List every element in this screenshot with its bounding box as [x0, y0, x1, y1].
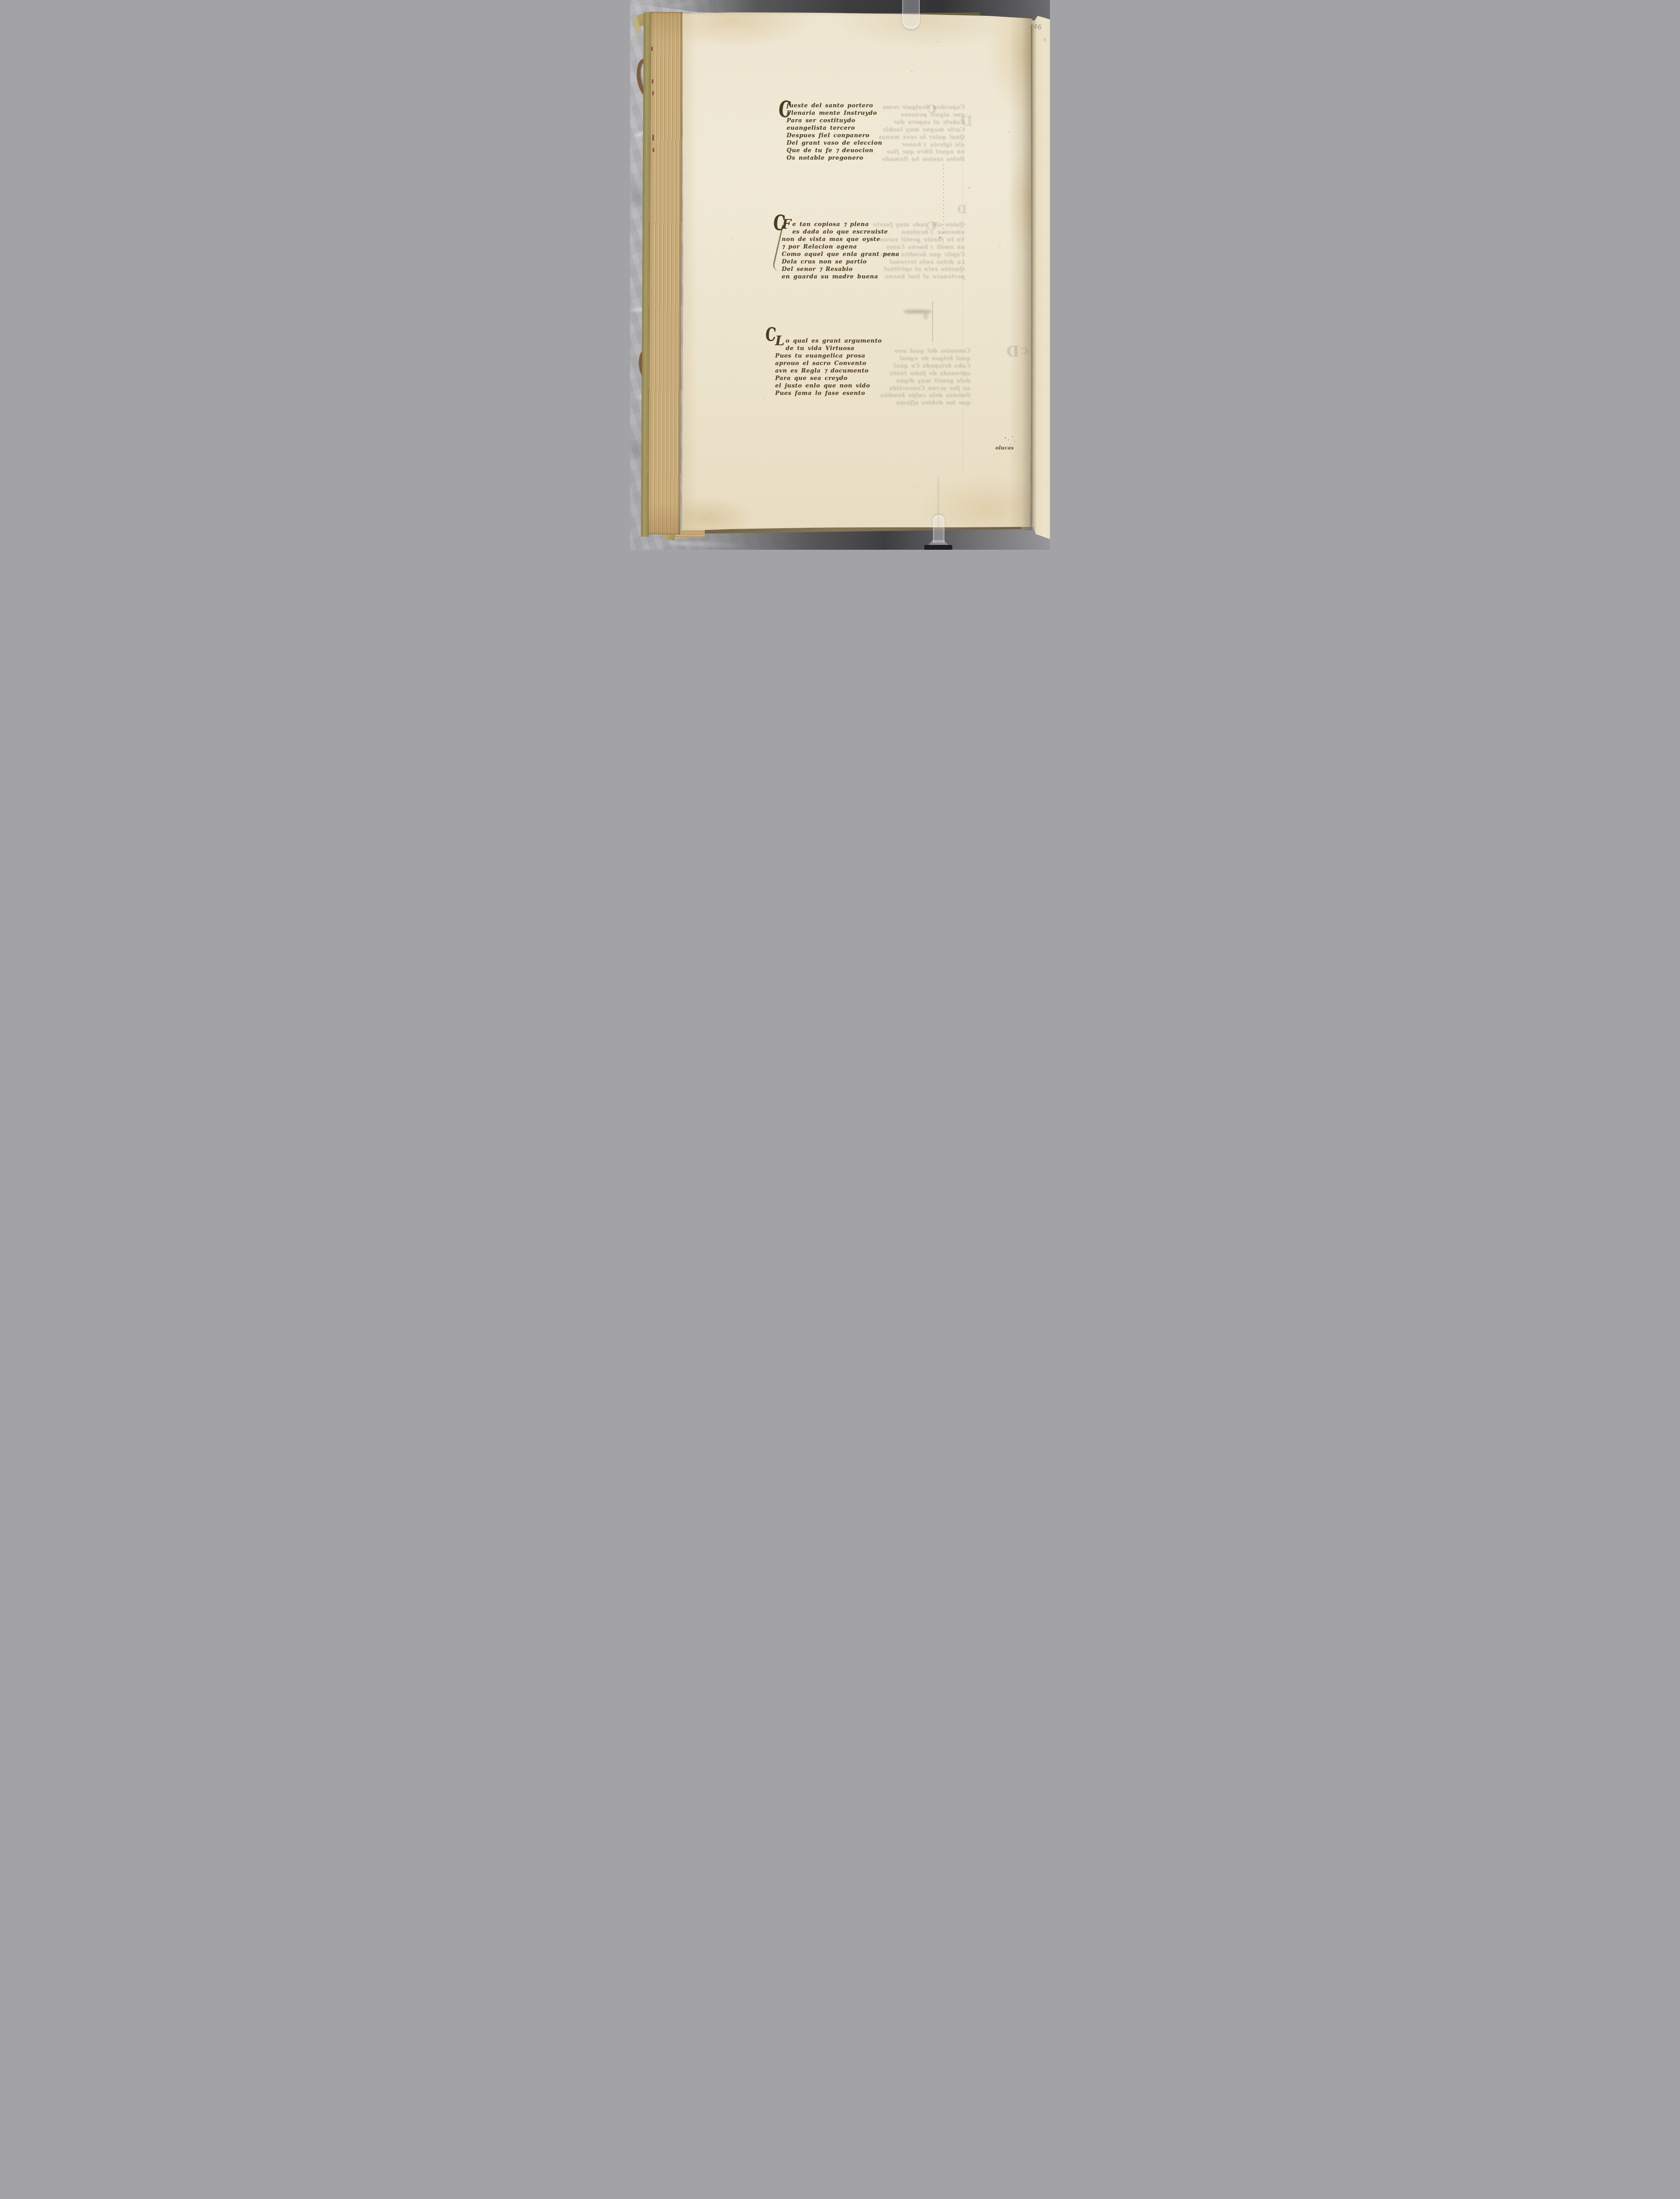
verse-line: de tu vida Virtuosa [775, 345, 882, 352]
showthrough-mark: D [961, 113, 973, 129]
dirt-speckle [1005, 437, 1006, 438]
fore-edge-ink-fleck [651, 47, 653, 51]
showthrough-block-3: Canonisa del qual uno qual brigan de egu… [884, 347, 970, 407]
fold-line [962, 132, 963, 475]
verse-line: es dada alo que escreuiste [782, 228, 900, 236]
verse-line: Para ser costituydo [787, 117, 882, 124]
showthrough-block-1: Cuperdon dealguir remo que alguir pensoe… [879, 104, 965, 163]
pencil-foliation: 46 [1033, 22, 1042, 32]
film-clip-bottom-base [924, 545, 952, 550]
offset-smudge [904, 310, 932, 314]
showthrough-line: Cabo brispado Co qual [884, 362, 970, 370]
film-clip-bottom [933, 515, 944, 543]
verse-line: Pues fama lo fase esento [775, 390, 882, 397]
verse-line: Del grant vaso de eleccion [787, 139, 882, 147]
verse-line: non de vista mas que oyste [782, 236, 900, 243]
paper-speck [914, 486, 915, 487]
verse-line: Que de tu fe ⁊ deuocion [787, 147, 882, 154]
fore-edge-ink-fleck [652, 91, 654, 95]
paper-speck [709, 513, 711, 514]
film-clip-top [902, 0, 920, 29]
showthrough-line: Carle magne muy loable [879, 126, 965, 134]
fore-edge-ink-fleck [652, 148, 654, 152]
verse-line: Fe tan copiosa ⁊ plena [782, 221, 900, 228]
verse-line: aprouo el sacro Convento [775, 360, 882, 367]
verse-line: avn es Regla ⁊ documento [775, 367, 882, 375]
paper-speck [764, 398, 765, 399]
stanza-1: fueste del santo portero Plenaria mente … [787, 102, 882, 162]
showthrough-line: Cabele al enpera dor [879, 119, 965, 126]
facing-page-sliver [1031, 16, 1050, 539]
paper-speck [762, 28, 763, 29]
verse-line: euangelista tercero [787, 124, 882, 132]
paper-speck [938, 42, 939, 43]
verse-line: fueste del santo portero [787, 102, 882, 110]
showthrough-line: que los dobles affama [884, 399, 970, 407]
verse-line: Dela crus non se partio [782, 258, 900, 266]
showthrough-line: Delos santos ha llamado [879, 156, 965, 163]
showthrough-line: aprouada de fama tanta [884, 370, 970, 377]
paper-speck [969, 187, 970, 188]
showthrough-line: ala iglesia ⁊ honor [879, 141, 965, 149]
verse-line: Como aquel que enla grant pena [782, 251, 900, 258]
verse-line: Para que sea creydo [775, 375, 882, 382]
paper-speck [731, 237, 732, 238]
gutter-shadow [1009, 17, 1032, 530]
showthrough-line: en aquel libro que fiso [879, 148, 965, 156]
verse-line: Despues fiel conpanero [787, 132, 882, 139]
showthrough-mark: C [927, 220, 937, 233]
verse-line: Lo qual es grant argumento [775, 337, 882, 345]
stanza-2: Fe tan copiosa ⁊ plena es dada alo que e… [782, 221, 900, 281]
showthrough-mark: C [927, 103, 937, 116]
verse-line: Del senor ⁊ Resabio [782, 266, 900, 273]
paper-speck [911, 70, 912, 72]
vertical-stain-line [932, 301, 933, 342]
verse-line: en guarda su madre buena [782, 273, 900, 281]
verse-line: ⁊ por Relacion agena [782, 243, 900, 251]
showthrough-line: que alguir pensoes [879, 111, 965, 119]
verse-line: el justo enlo que non vido [775, 382, 882, 390]
fore-edge-ink-fleck [652, 79, 653, 84]
showthrough-line: Canonisa del qual uno [884, 347, 970, 355]
verse-line: Plenaria mente Instruydo [787, 110, 882, 117]
showthrough-line: dela gentil muy digna [884, 377, 970, 385]
stanza-3: Lo qual es grant argumento de tu vida Vi… [775, 337, 882, 397]
verse-line: Os notable pregonero [787, 154, 882, 162]
showthrough-mark: D [957, 203, 967, 216]
showthrough-line: su fue acron Convertida [884, 385, 970, 392]
pencil-mark-secondary: 6 [1043, 37, 1046, 43]
verse-line: Pues tu euangelica prosa [775, 352, 882, 360]
showthrough-line: qual brigan de egual [884, 355, 970, 362]
fore-edge-leaves [648, 12, 683, 534]
showthrough-line: Cuperdon dealguir remo [879, 104, 965, 111]
offset-smudge [924, 313, 928, 319]
paper-speck [999, 246, 1000, 247]
fore-edge-ink-fleck [652, 135, 654, 141]
showthrough-line: Ouistes dela culpa bendita [884, 392, 970, 399]
showthrough-line: Qual quier lo vera menos [879, 134, 965, 141]
photograph-canvas: Cuperdon dealguir remo que alguir pensoe… [630, 0, 1050, 550]
